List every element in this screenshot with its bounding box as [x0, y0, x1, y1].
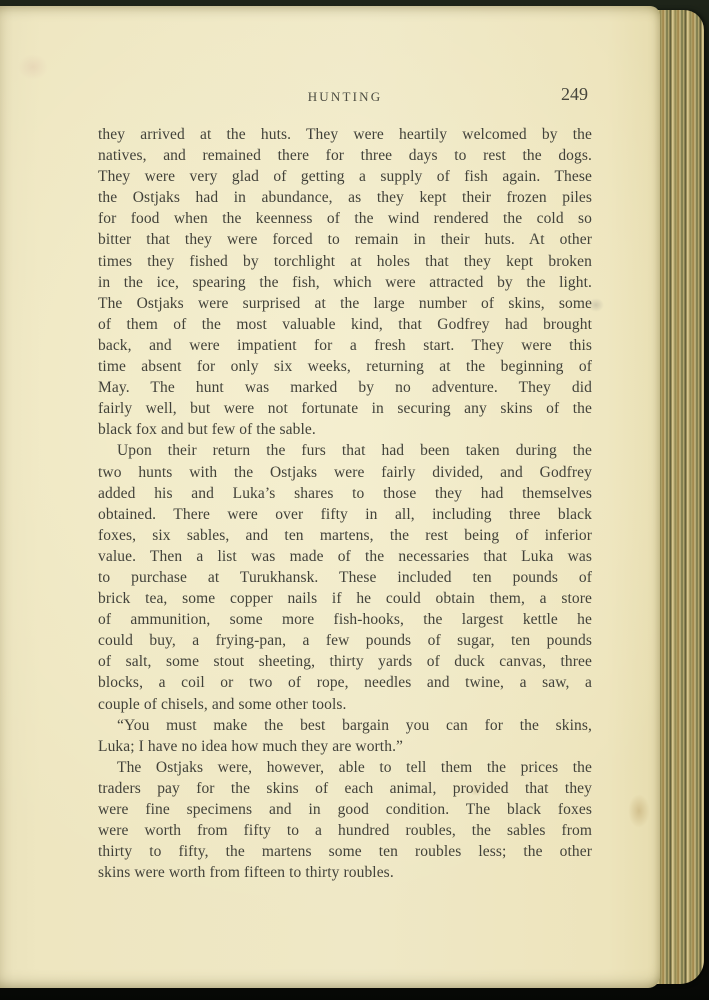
text-line: for food when the keenness of the wind r… [98, 208, 592, 229]
paragraph: they arrived at the huts. They were hear… [98, 124, 592, 440]
text-line: Upon their return the furs that had been… [98, 440, 592, 461]
text-line: back, and were impatient for a fresh sta… [98, 335, 592, 356]
text-line: “You must make the best bargain you can … [98, 715, 592, 736]
book-page: HUNTING 249 they arrived at the huts. Th… [0, 6, 660, 988]
text-line: The Ostjaks were surprised at the large … [98, 293, 592, 314]
running-header-title: HUNTING [98, 84, 592, 105]
text-line: The Ostjaks were, however, able to tell … [98, 757, 592, 778]
text-line: skins were worth from fifteen to thirty … [98, 862, 592, 883]
text-line: black fox and but few of the sable. [98, 419, 592, 440]
text-line: value. Then a list was made of the neces… [98, 546, 592, 567]
text-line: of salt, some stout sheeting, thirty yar… [98, 651, 592, 672]
text-line: bitter that they were forced to remain i… [98, 229, 592, 250]
text-line: of them of the most valuable kind, that … [98, 314, 592, 335]
text-line: to purchase at Turukhansk. These include… [98, 567, 592, 588]
foxing-stain [628, 794, 650, 828]
paragraph: The Ostjaks were, however, able to tell … [98, 757, 592, 884]
text-line: natives, and remained there for three da… [98, 145, 592, 166]
text-line: brick tea, some copper nails if he could… [98, 588, 592, 609]
corner-smudge [18, 54, 48, 80]
paragraph: Upon their return the furs that had been… [98, 440, 592, 714]
text-line: in the ice, spearing the fish, which wer… [98, 272, 592, 293]
text-line: the Ostjaks had in abundance, as they ke… [98, 187, 592, 208]
text-line: were worth from fifty to a hundred roubl… [98, 820, 592, 841]
text-line: of ammunition, some more fish-hooks, the… [98, 609, 592, 630]
page-header: HUNTING 249 [98, 84, 592, 108]
text-line: Luka; I have no idea how much they are w… [98, 736, 592, 757]
text-line: couple of chisels, and some other tools. [98, 694, 592, 715]
text-line: added his and Luka’s shares to those the… [98, 483, 592, 504]
text-line: May. The hunt was marked by no adventure… [98, 377, 592, 398]
text-line: fairly well, but were not fortunate in s… [98, 398, 592, 419]
book-scan: HUNTING 249 they arrived at the huts. Th… [0, 0, 709, 1000]
text-line: times they fished by torchlight at holes… [98, 251, 592, 272]
text-line: could buy, a frying-pan, a few pounds of… [98, 630, 592, 651]
text-line: foxes, six sables, and ten martens, the … [98, 525, 592, 546]
text-line: They were very glad of getting a supply … [98, 166, 592, 187]
text-line: thirty to fifty, the martens some ten ro… [98, 841, 592, 862]
text-line: blocks, a coil or two of rope, needles a… [98, 672, 592, 693]
text-line: they arrived at the huts. They were hear… [98, 124, 592, 145]
text-line: were fine specimens and in good conditio… [98, 799, 592, 820]
text-line: obtained. There were over fifty in all, … [98, 504, 592, 525]
text-line: two hunts with the Ostjaks were fairly d… [98, 462, 592, 483]
paragraph: “You must make the best bargain you can … [98, 715, 592, 757]
text-line: traders pay for the skins of each animal… [98, 778, 592, 799]
page-text: they arrived at the huts. They were hear… [98, 124, 592, 883]
text-line: time absent for only six weeks, returnin… [98, 356, 592, 377]
page-number: 249 [561, 84, 588, 105]
